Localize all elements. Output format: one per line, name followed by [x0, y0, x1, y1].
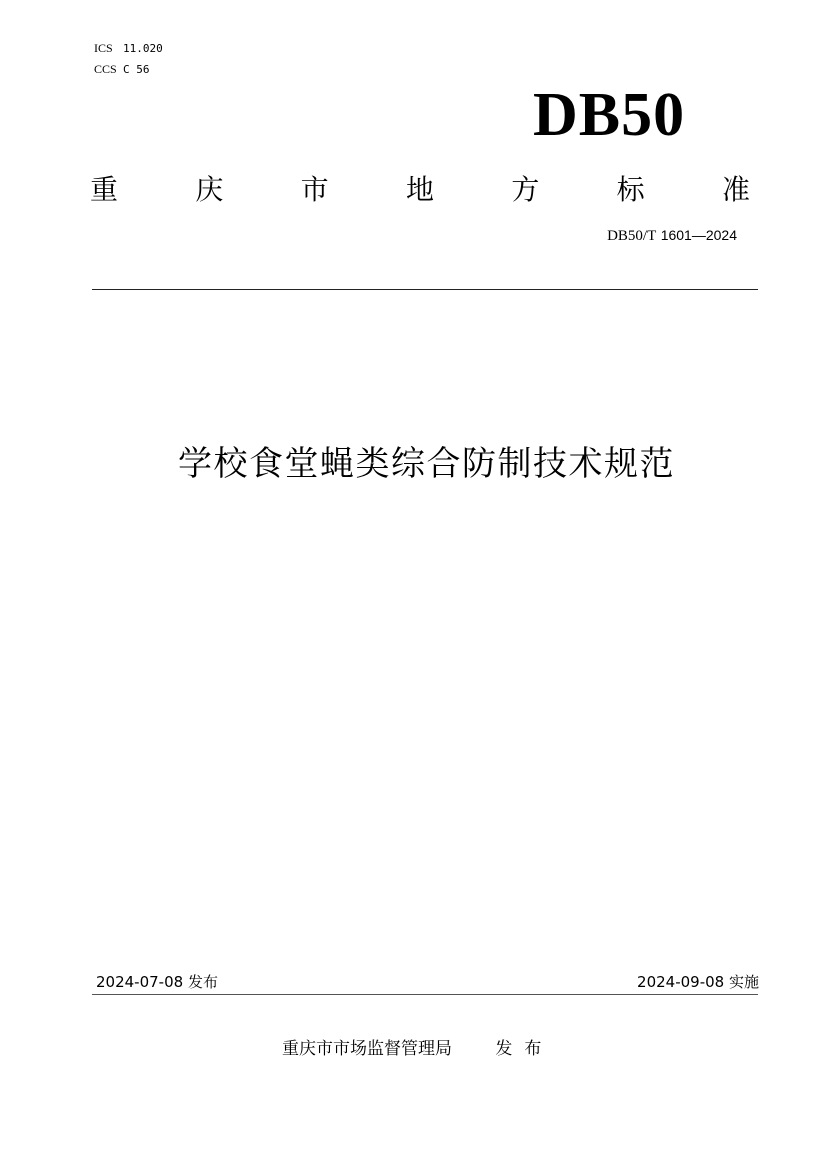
standard-type-char: 准	[722, 172, 750, 208]
implementation-date: 2024-09-08 实施	[637, 972, 759, 992]
standard-number-value: 1601—2024	[661, 227, 737, 243]
header-divider	[92, 289, 758, 290]
ics-classification: ICS 11.020	[94, 41, 163, 56]
standard-type-char: 重	[90, 172, 118, 208]
standard-type-char: 地	[406, 172, 434, 208]
ccs-value: C 56	[123, 63, 150, 76]
issue-date: 2024-07-08 发布	[96, 972, 218, 992]
standard-number-prefix: DB50/T	[607, 228, 656, 244]
standard-type-char: 方	[511, 172, 539, 208]
publisher-name: 重庆市市场监督管理局	[282, 1039, 452, 1059]
ccs-classification: CCS C 56	[94, 62, 150, 77]
standard-type-char: 市	[301, 172, 329, 208]
ics-label: ICS	[94, 41, 120, 55]
ccs-label: CCS	[94, 62, 120, 76]
publisher-line: 重庆市市场监督管理局 发布	[282, 1038, 553, 1060]
document-title: 学校食堂蝇类综合防制技术规范	[0, 443, 815, 485]
standard-type-heading: 重 庆 市 地 方 标 准	[90, 172, 750, 208]
standard-type-char: 标	[617, 172, 645, 208]
db-code-logo: DB50	[533, 80, 685, 150]
footer-divider	[92, 994, 758, 995]
standard-type-char: 庆	[195, 172, 223, 208]
standard-number: DB50/T 1601—2024	[607, 226, 737, 245]
publish-action: 发布	[495, 1039, 553, 1059]
ics-value: 11.020	[123, 42, 163, 55]
